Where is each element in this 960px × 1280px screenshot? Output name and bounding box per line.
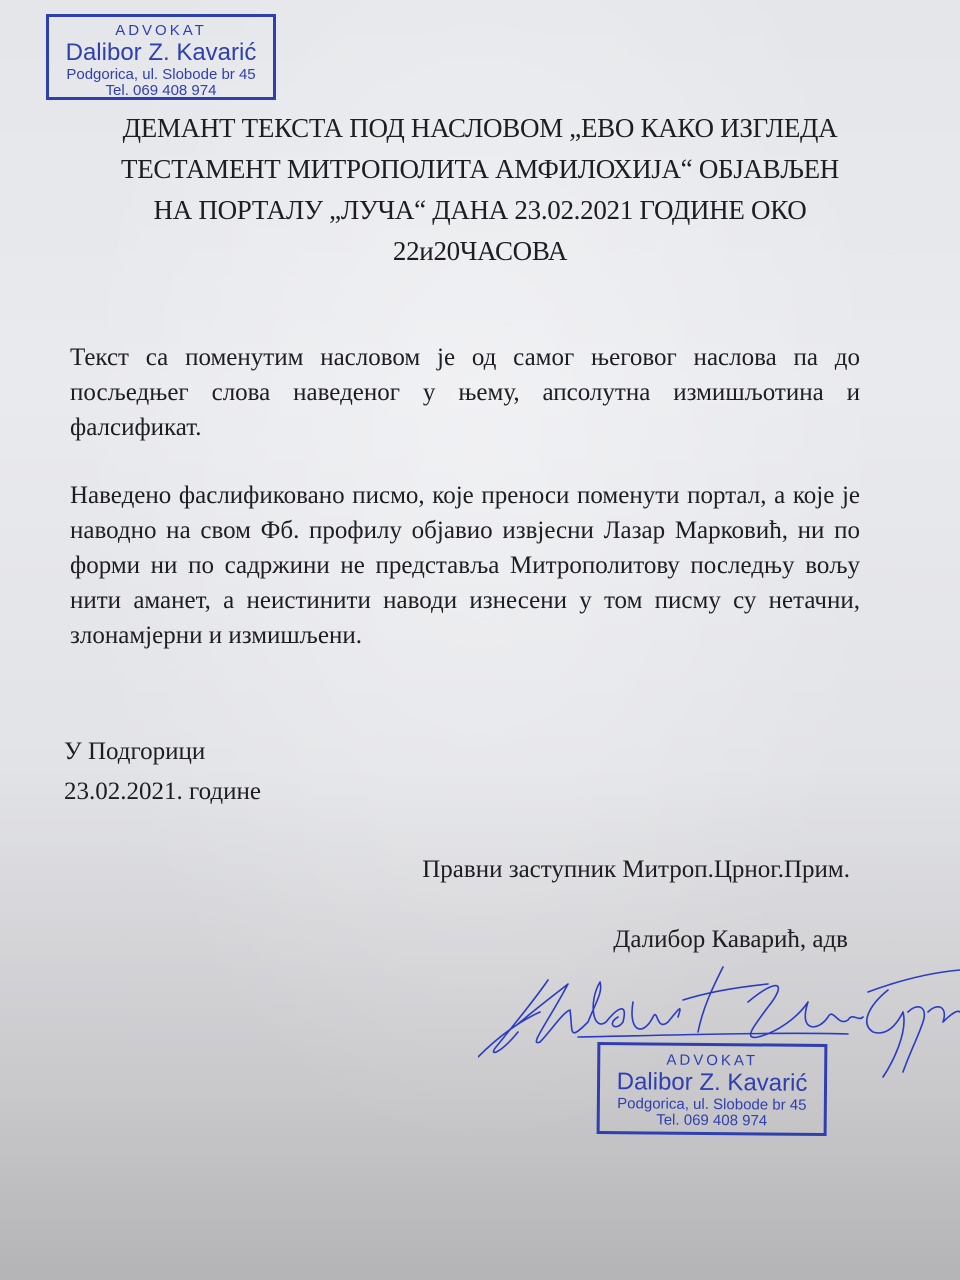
paragraph-1: Текст са поменутим насловом је од самог …	[70, 340, 860, 445]
stamp-phone: Tel. 069 408 974	[49, 83, 273, 99]
stamp-phone: Tel. 069 408 974	[600, 1112, 824, 1130]
lawyer-stamp-top: ADVOKAT Dalibor Z. Kavarić Podgorica, ul…	[46, 14, 276, 100]
stamp-title: ADVOKAT	[600, 1052, 824, 1070]
stamp-address: Podgorica, ul. Slobode br 45	[49, 67, 273, 83]
title-line: ТЕСТАМЕНТ МИТРОПОЛИТА АМФИЛОХИЈА“ ОБЈАВЉ…	[70, 149, 890, 190]
stamp-name: Dalibor Z. Kavarić	[49, 40, 273, 65]
place: У Подгорици	[64, 732, 261, 772]
title-line: НА ПОРТАЛУ „ЛУЧА“ ДАНА 23.02.2021 ГОДИНЕ…	[70, 190, 890, 231]
document-title: ДЕМАНТ ТЕКСТА ПОД НАСЛОВОМ „ЕВО КАКО ИЗГ…	[70, 108, 890, 272]
signer-name: Далибор Каварић, адв	[613, 926, 848, 954]
place-date-block: У Подгорици 23.02.2021. године	[64, 732, 261, 812]
lawyer-stamp-bottom: ADVOKAT Dalibor Z. Kavarić Podgorica, ul…	[597, 1042, 828, 1136]
title-line: 22и20ЧАСОВА	[70, 231, 890, 272]
legal-representative: Правни заступник Митроп.Црног.Прим.	[422, 856, 850, 884]
date: 23.02.2021. године	[64, 772, 261, 812]
stamp-name: Dalibor Z. Kavarić	[600, 1069, 824, 1096]
stamp-title: ADVOKAT	[49, 23, 273, 39]
title-line: ДЕМАНТ ТЕКСТА ПОД НАСЛОВОМ „ЕВО КАКО ИЗГ…	[70, 108, 890, 149]
paragraph-2: Наведено фаслификовано писмо, које прено…	[70, 478, 860, 653]
